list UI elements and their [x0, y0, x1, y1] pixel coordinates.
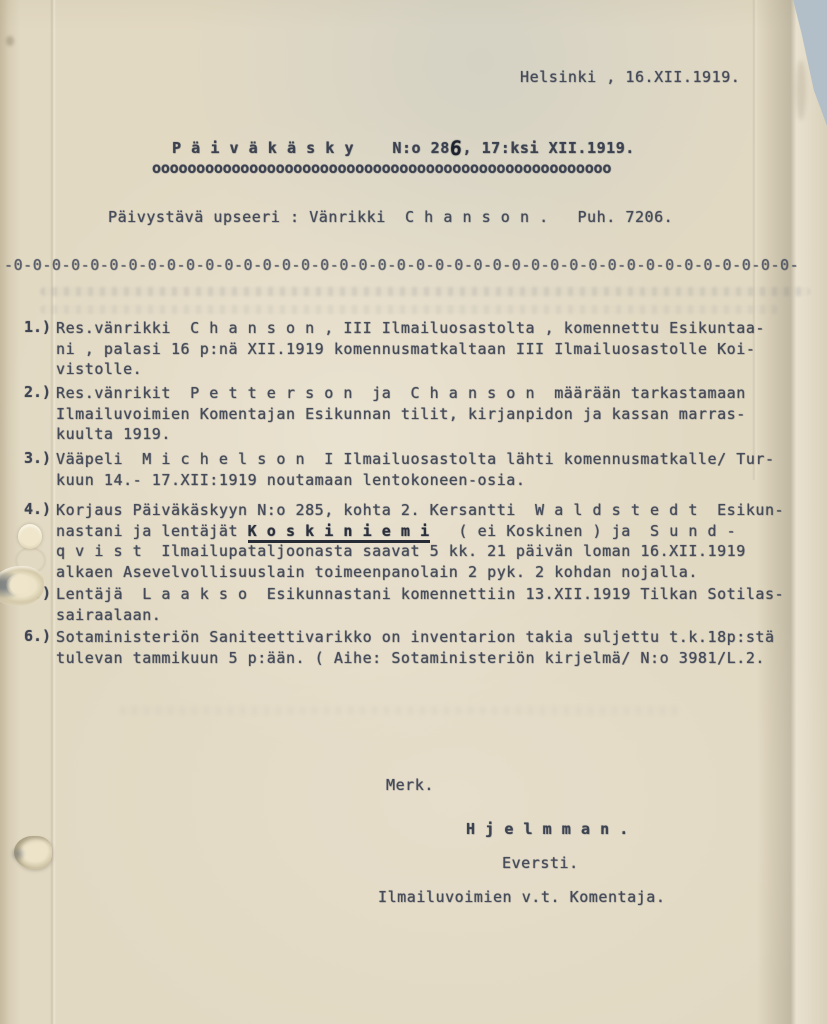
place-date-line: Helsinki , 16.XII.1919.	[520, 68, 740, 86]
bleedthrough-smudge	[120, 706, 680, 715]
order-item: 4.)Korjaus Päiväkäskyyn N:o 285, kohta 2…	[0, 500, 827, 582]
document-page: Helsinki , 16.XII.1919. P ä i v ä k ä s …	[0, 0, 827, 1024]
order-text: Res.vänrikit P e t t e r s o n ja C h a …	[56, 383, 806, 445]
order-text: Vääpeli M i c h e l s o n I Ilmailuosast…	[56, 449, 806, 490]
order-text: Lentäjä L a a k s o Esikunnastani komenn…	[56, 584, 806, 625]
divider-line: -0-0-0-0-0-0-0-0-0-0-0-0-0-0-0-0-0-0-0-0…	[4, 256, 799, 274]
punch-hole	[18, 524, 42, 549]
order-number: 4.)	[24, 500, 51, 518]
title-decorative-underline: oooooooooooooooooooooooooooooooooooooooo…	[152, 159, 611, 177]
title-text-after: , 17:ksi XII.1919.	[462, 139, 634, 157]
signature-role: Ilmailuvoimien v.t. Komentaja.	[378, 888, 665, 906]
duty-officer-line: Päivystävä upseeri : Vänrikki C h a n s …	[108, 208, 673, 226]
title-text-before: P ä i v ä k ä s k y N:o 28	[172, 139, 450, 157]
underlined-name: K o s k i n i e m i	[248, 522, 430, 543]
signature-name: H j e l m m a n .	[466, 820, 629, 838]
signature-marker: Merk.	[386, 776, 434, 794]
document-title: P ä i v ä k ä s k y N:o 286, 17:ksi XII.…	[172, 139, 635, 157]
bleedthrough-smudge	[40, 305, 780, 314]
paper-edge-shadow	[796, 60, 806, 120]
order-item: 3.)Vääpeli M i c h e l s o n I Ilmailuos…	[0, 449, 827, 490]
signature-rank: Eversti.	[502, 854, 579, 872]
scan-background: Helsinki , 16.XII.1919. P ä i v ä k ä s …	[0, 0, 827, 1024]
order-item: 2.)Res.vänrikit P e t t e r s o n ja C h…	[0, 383, 827, 445]
handwritten-correction-digit: 6	[449, 141, 463, 156]
torn-hole	[14, 836, 52, 869]
order-text: Sotaministeriön Saniteettivarikko on inv…	[56, 627, 806, 668]
paper-stain	[6, 36, 14, 46]
order-number: 6.)	[24, 627, 51, 645]
order-number: 3.)	[24, 449, 51, 467]
order-item: 6.)Sotaministeriön Saniteettivarikko on …	[0, 627, 827, 668]
order-text: Korjaus Päiväkäskyyn N:o 285, kohta 2. K…	[56, 500, 806, 582]
order-item: 5.)Lentäjä L a a k s o Esikunnastani kom…	[0, 584, 827, 625]
order-item: 1.)Res.vänrikki C h a n s o n , III Ilma…	[0, 318, 827, 380]
bleedthrough-smudge	[40, 287, 810, 296]
order-number: 1.)	[24, 318, 51, 336]
order-number: 2.)	[24, 383, 51, 401]
order-text: Res.vänrikki C h a n s o n , III Ilmailu…	[56, 318, 806, 380]
